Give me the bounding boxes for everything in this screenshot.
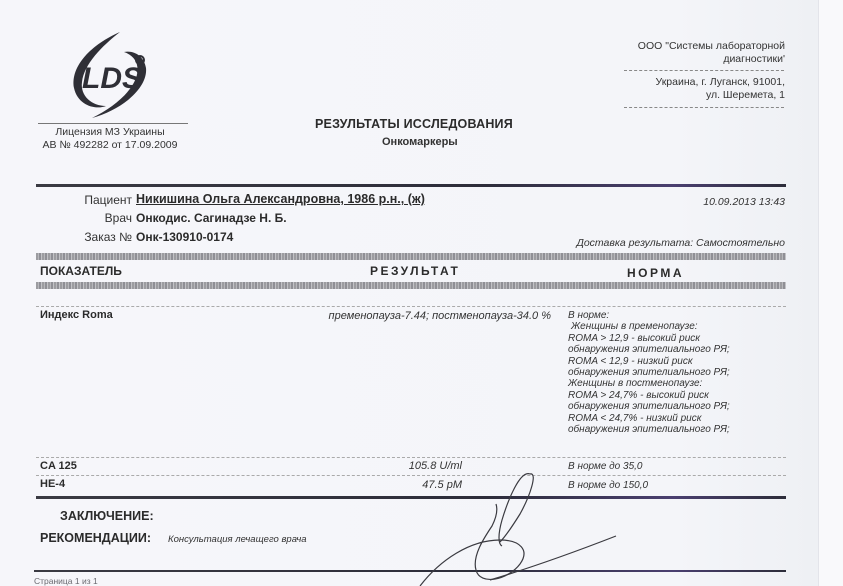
col-header-norm: НОРМА	[627, 266, 684, 280]
header-divider	[36, 184, 786, 187]
order-label: Заказ №	[37, 230, 132, 244]
indicator-result: пременопауза-7.44; постменопауза-34.0 %	[329, 310, 551, 322]
indicator-name: Индекс Roma	[40, 309, 113, 321]
svg-text:LDS: LDS	[82, 62, 142, 95]
recommendations-text: Консультация лечащего врача	[168, 534, 307, 545]
doctor-name: Онкодис. Сагинадзе Н. Б.	[136, 211, 287, 225]
row-divider	[36, 457, 786, 458]
report-subtitle: Онкомаркеры	[382, 136, 458, 148]
lds-logo-icon: LDS	[62, 26, 162, 126]
doctor-label: Врач	[37, 211, 132, 225]
report-datetime: 10.09.2013 13:43	[703, 196, 785, 208]
col-header-result: РЕЗУЛЬТАТ	[370, 264, 460, 278]
lab-report-page: LDS Лицензия МЗ Украины АВ № 492282 от 1…	[0, 0, 843, 586]
company-divider	[624, 70, 784, 71]
address-line-2: ул. Шеремета, 1	[706, 89, 785, 102]
company-name-line-1: ООО "Системы лабораторной	[638, 40, 785, 53]
patient-name: Никишина Ольга Александровна, 1986 р.н.,…	[136, 192, 425, 206]
scan-edge	[818, 0, 843, 586]
license-line-2: АВ № 492282 от 17.09.2009	[30, 139, 190, 151]
conclusion-label: ЗАКЛЮЧЕНИЕ:	[60, 509, 154, 523]
address-line-1: Украина, г. Луганск, 91001,	[656, 76, 785, 89]
page-number: Страница 1 из 1	[34, 576, 98, 586]
patient-label: Пациент	[37, 193, 132, 207]
address-divider	[624, 107, 784, 108]
col-header-indicator: ПОКАЗАТЕЛЬ	[40, 264, 122, 278]
table-header-top-band	[36, 253, 786, 260]
recommendations-label: РЕКОМЕНДАЦИИ:	[40, 531, 151, 545]
report-title: РЕЗУЛЬТАТЫ ИССЛЕДОВАНИЯ	[315, 117, 513, 131]
indicator-name: CA 125	[40, 460, 77, 472]
delivery-method: Доставка результата: Самостоятельно	[576, 237, 785, 249]
license-underline	[38, 123, 188, 124]
handwritten-signature-icon	[380, 460, 640, 586]
license-line-1: Лицензия МЗ Украины	[30, 126, 190, 138]
row-divider	[36, 306, 786, 307]
order-number: Онк-130910-0174	[136, 230, 233, 244]
company-name-line-2: диагностики'	[723, 53, 785, 66]
indicator-name: HE-4	[40, 478, 65, 490]
table-header-bottom-band	[36, 282, 786, 289]
indicator-norm: В норме: Женщины в пременопаузе: ROMA > …	[568, 310, 730, 435]
